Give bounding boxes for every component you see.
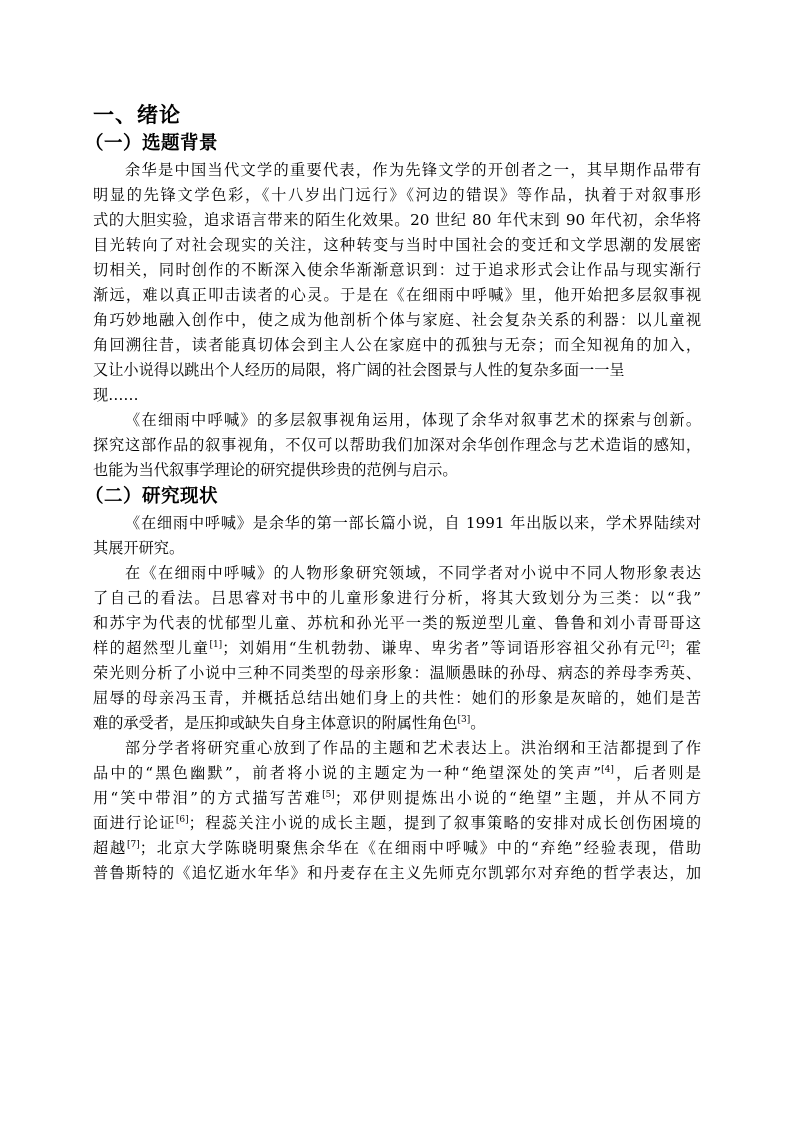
citation-7: [7] <box>127 840 140 850</box>
document-page: 一、绪论 （一）选题背景 余华是中国当代文学的重要代表，作为先锋文学的开创者之一… <box>93 100 701 886</box>
citation-4: [4] <box>601 765 614 775</box>
text-line: 普鲁斯特的《追忆逝水年华》和丹麦存在主义先师克尔凯郭尔对弃绝的哲学表达，加 <box>93 861 701 886</box>
text-run: 。 <box>470 714 485 732</box>
text-line: 《在细雨中呼喊》的多层叙事视角运用，体现了余华对叙事艺术的探索与创新。 <box>93 408 701 433</box>
text-line: 荣光则分析了小说中三种不同类型的母亲形象：温顺愚昧的孙母、病态的养母李秀英、 <box>93 661 701 686</box>
citation-3: [3] <box>458 715 471 725</box>
text-line: 也能为当代叙事学理论的研究提供珍贵的范例与启示。 <box>93 458 701 483</box>
paragraph-background-2: 《在细雨中呼喊》的多层叙事视角运用，体现了余华对叙事艺术的探索与创新。 探究这部… <box>93 408 701 483</box>
text-run: ；霍 <box>669 639 701 657</box>
text-line: 在《在细雨中呼喊》的人物形象研究领域，不同学者对小说中不同人物形象表达 <box>93 561 701 586</box>
text-run: ；刘娟用“生机勃勃、谦卑、卑劣者”等词语形容祖父孙有元 <box>222 639 656 657</box>
text-line: 部分学者将研究重心放到了作品的主题和艺术表达上。洪治纲和王洁都提到了作 <box>93 736 701 761</box>
text-run: 面进行论证 <box>93 814 176 832</box>
text-line: 难的承受者，是压抑或缺失自身主体意识的附属性角色[3]。 <box>93 711 701 736</box>
text-line: 探究这部作品的叙事视角，不仅可以帮助我们加深对余华创作理念与艺术造诣的感知， <box>93 433 701 458</box>
section-heading-status: （二）研究现状 <box>85 483 701 511</box>
paragraph-background-1: 余华是中国当代文学的重要代表，作为先锋文学的开创者之一，其早期作品带有 明显的先… <box>93 158 701 408</box>
paragraph-status-3: 部分学者将研究重心放到了作品的主题和艺术表达上。洪治纲和王洁都提到了作 品中的“… <box>93 736 701 886</box>
text-line: 了自己的看法。吕思睿对书中的儿童形象进行分析，将其大致划分为三类：以“我” <box>93 586 701 611</box>
text-line: 超越[7]；北京大学陈晓明聚焦余华在《在细雨中呼喊》中的“弃绝”经验表现，借助 <box>93 836 701 861</box>
text-run: ，后者则是 <box>614 764 701 782</box>
section-heading-background: （一）选题背景 <box>85 130 701 158</box>
text-line: 面进行论证[6]；程蕊关注小说的成长主题，提到了叙事策略的安排对成长创伤困境的 <box>93 811 701 836</box>
citation-2: [2] <box>656 640 669 650</box>
text-line: 渐远，难以真正叩击读者的心灵。于是在《在细雨中呼喊》里，他开始把多层叙事视 <box>93 283 701 308</box>
text-line: 又让小说得以跳出个人经历的局限，将广阔的社会图景与人性的复杂多面一一呈 <box>93 358 701 383</box>
text-run: 样的超然型儿童 <box>93 639 209 657</box>
text-run: 难的承受者，是压抑或缺失自身主体意识的附属性角色 <box>93 714 458 732</box>
text-run: ；邓伊则提炼出小说的“绝望”主题，并从不同方 <box>335 789 701 807</box>
text-run: ；北京大学陈晓明聚焦余华在《在细雨中呼喊》中的“弃绝”经验表现，借助 <box>140 839 701 857</box>
text-line: 品中的“黑色幽默”，前者将小说的主题定为一种“绝望深处的笑声”[4]，后者则是 <box>93 761 701 786</box>
paragraph-status-2: 在《在细雨中呼喊》的人物形象研究领域，不同学者对小说中不同人物形象表达 了自己的… <box>93 561 701 736</box>
text-line: 式的大胆实验，追求语言带来的陌生化效果。20 世纪 80 年代末到 90 年代初… <box>93 208 701 233</box>
text-line: 明显的先锋文学色彩，《十八岁出门远行》《河边的错误》等作品，执着于对叙事形 <box>93 183 701 208</box>
text-line: 角巧妙地融入创作中，使之成为他剖析个体与家庭、社会复杂关系的利器：以儿童视 <box>93 308 701 333</box>
text-line: 屈辱的母亲冯玉青，并概括总结出她们身上的共性：她们的形象是灰暗的，她们是苦 <box>93 686 701 711</box>
paragraph-status-1: 《在细雨中呼喊》是余华的第一部长篇小说，自 1991 年出版以来，学术界陆续对 … <box>93 511 701 561</box>
text-run: 超越 <box>93 839 127 857</box>
citation-6: [6] <box>176 815 189 825</box>
text-line: 《在细雨中呼喊》是余华的第一部长篇小说，自 1991 年出版以来，学术界陆续对 <box>93 511 701 536</box>
text-run: 用“笑中带泪”的方式描写苦难 <box>93 789 322 807</box>
text-line: 切相关，同时创作的不断深入使余华渐渐意识到：过于追求形式会让作品与现实渐行 <box>93 258 701 283</box>
text-line: 现…… <box>93 383 701 408</box>
chapter-heading: 一、绪论 <box>93 100 701 130</box>
citation-5: [5] <box>322 790 335 800</box>
text-line: 角回溯往昔，读者能真切体会到主人公在家庭中的孤独与无奈；而全知视角的加入， <box>93 333 701 358</box>
text-line: 余华是中国当代文学的重要代表，作为先锋文学的开创者之一，其早期作品带有 <box>93 158 701 183</box>
text-line: 其展开研究。 <box>93 536 701 561</box>
text-line: 样的超然型儿童[1]；刘娟用“生机勃勃、谦卑、卑劣者”等词语形容祖父孙有元[2]… <box>93 636 701 661</box>
text-line: 用“笑中带泪”的方式描写苦难[5]；邓伊则提炼出小说的“绝望”主题，并从不同方 <box>93 786 701 811</box>
text-line: 和苏宇为代表的忧郁型儿童、苏杭和孙光平一类的叛逆型儿童、鲁鲁和刘小青哥哥这 <box>93 611 701 636</box>
text-line: 目光转向了对社会现实的关注，这种转变与当时中国社会的变迁和文学思潮的发展密 <box>93 233 701 258</box>
text-run: 品中的“黑色幽默”，前者将小说的主题定为一种“绝望深处的笑声” <box>93 764 601 782</box>
text-run: ；程蕊关注小说的成长主题，提到了叙事策略的安排对成长创伤困境的 <box>189 814 701 832</box>
citation-1: [1] <box>209 640 222 650</box>
